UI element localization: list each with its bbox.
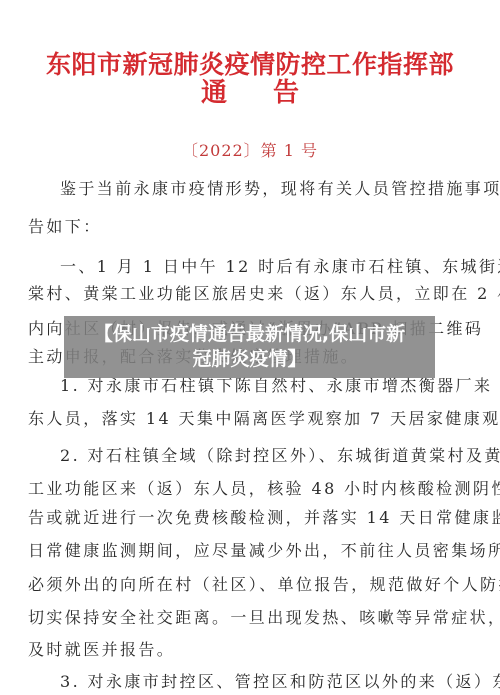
body-text-line: 工业功能区来（返）东人员，核验 48 小时内核酸检测阴性报 bbox=[28, 478, 472, 500]
body-text-line: 鉴于当前永康市疫情形势，现将有关人员管控措施事项通 bbox=[60, 178, 472, 200]
body-text-line: 必须外出的向所在村（社区）、单位报告，规范做好个人防护， bbox=[28, 574, 472, 596]
headline-line-1: 【保山市疫情通告最新情况,保山市新 bbox=[64, 322, 435, 347]
body-text-line: 及时就医并报告。 bbox=[28, 639, 472, 661]
headline-overlay-banner[interactable]: 【保山市疫情通告最新情况,保山市新 冠肺炎疫情】 bbox=[64, 316, 435, 378]
body-text-line: 3. 对永康市封控区、管控区和防范区以外的来（返）东人 bbox=[60, 671, 472, 693]
body-text-line: 告如下： bbox=[28, 216, 472, 238]
body-text-line: 1. 对永康市石柱镇下陈自然村、永康市增杰衡器厂来（返） bbox=[60, 375, 472, 397]
body-text-line: 东人员，落实 14 天集中隔离医学观察加 7 天居家健康观察。 bbox=[28, 408, 472, 430]
body-text-line: 一、1 月 1 日中午 12 时后有永康市石柱镇、东城街道黄 bbox=[60, 256, 472, 278]
headline-line-2: 冠肺炎疫情】 bbox=[64, 347, 435, 372]
document-type-title: 通告 bbox=[0, 77, 500, 109]
body-text-line: 告或就近进行一次免费核酸检测，并落实 14 天日常健康监测。 bbox=[28, 507, 472, 529]
body-text-line: 切实保持安全社交距离。一旦出现发热、咳嗽等异常症状，应 bbox=[28, 607, 472, 629]
body-text-line: 日常健康监测期间，应尽量减少外出，不前往人员密集场所。 bbox=[28, 540, 472, 562]
doc-type-char-1: 通 bbox=[201, 77, 227, 109]
doc-type-char-2: 告 bbox=[273, 77, 299, 109]
body-text-line: 棠村、黄棠工业功能区旅居史来（返）东人员，立即在 2 小时 bbox=[28, 283, 472, 305]
body-text-line: 2. 对石柱镇全域（除封控区外）、东城街道黄棠村及黄棠 bbox=[60, 445, 472, 467]
document-number: 〔2022〕第 1 号 bbox=[0, 140, 500, 162]
